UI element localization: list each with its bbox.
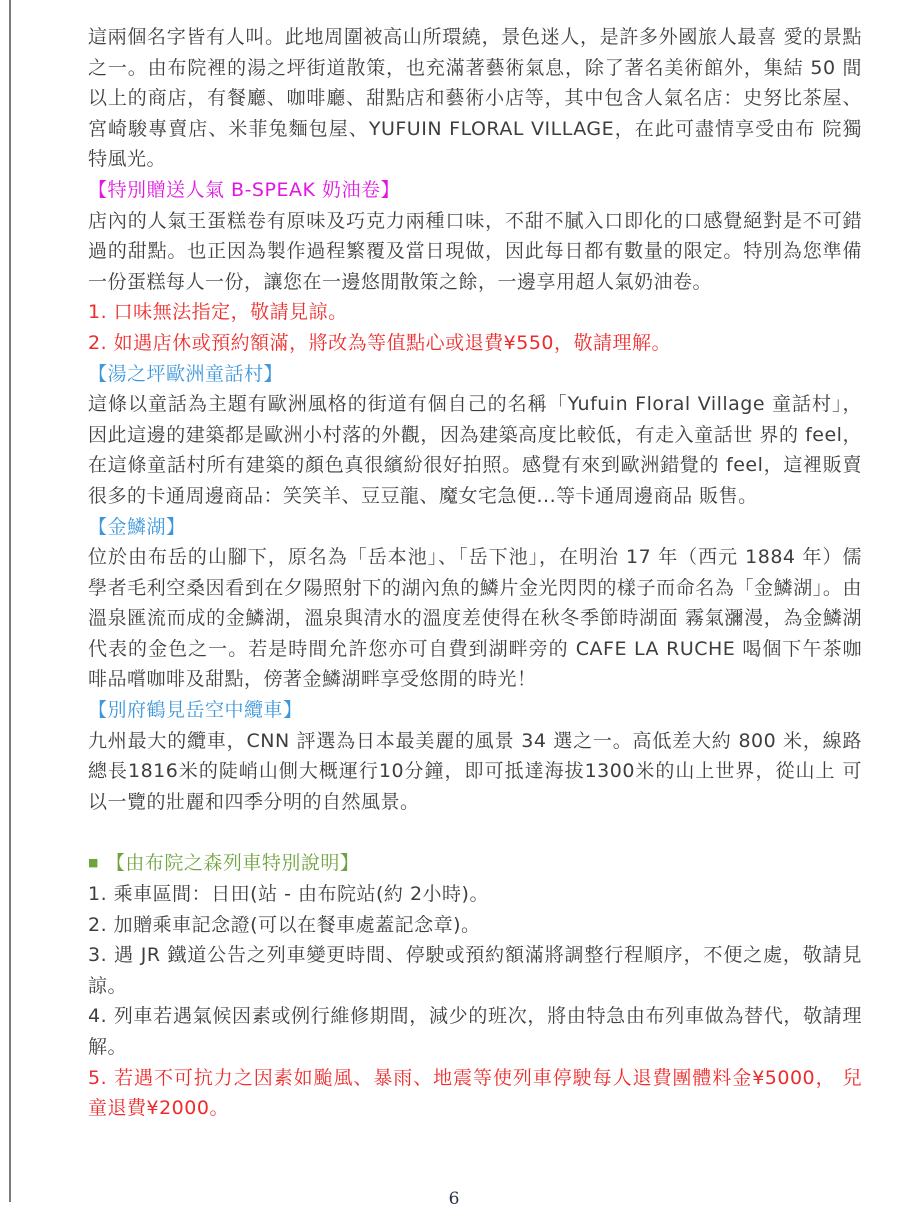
section-heading-ropeway: 【別府鶴見岳空中纜車】 xyxy=(88,695,862,726)
paragraph-kinrin-lake: 位於由布岳的山腳下，原名為「岳本池」、「岳下池」，在明治 17 年（西元 188… xyxy=(88,542,862,695)
paragraph-intro: 這兩個名字皆有人叫。此地周圍被高山所環繞，景色迷人，是許多外國旅人最喜 愛的景點… xyxy=(88,22,862,175)
section-gap xyxy=(88,817,862,848)
train-note-item-1: 1. 乘車區間：日田(站 - 由布院站(約 2小時)。 xyxy=(88,879,862,910)
square-bullet-icon: ■ xyxy=(88,848,99,879)
section-heading-train-notice: ■【由布院之森列車特別說明】 xyxy=(88,848,862,879)
train-note-item-5-refund: 5. 若遇不可抗力之因素如颱風、暴雨、地震等使列車停駛每人退費團體料金¥5000… xyxy=(88,1063,862,1124)
paragraph-ropeway: 九州最大的纜車，CNN 評選為日本最美麗的風景 34 選之一。高低差大約 800… xyxy=(88,726,862,818)
paragraph-fairytale-village: 這條以童話為主題有歐洲風格的街道有個自己的名稱「Yufuin Floral Vi… xyxy=(88,389,862,511)
page-number: 6 xyxy=(0,1184,908,1214)
section-heading-bspeak-gift: 【特別贈送人氣 B-SPEAK 奶油卷】 xyxy=(88,175,862,206)
page-left-border xyxy=(9,0,11,1202)
note-flavor: 1. 口味無法指定，敬請見諒。 xyxy=(88,297,862,328)
paragraph-bspeak-gift: 店內的人氣王蛋糕卷有原味及巧克力兩種口味，不甜不膩入口即化的口感覺絕對是不可錯過… xyxy=(88,206,862,298)
section-heading-kinrin-lake: 【金鱗湖】 xyxy=(88,512,862,543)
section-heading-train-notice-label: 【由布院之森列車特別說明】 xyxy=(106,852,360,874)
train-note-item-4: 4. 列車若遇氣候因素或例行維修期間，減少的班次，將由特急由布列車做為替代，敬請… xyxy=(88,1001,862,1062)
document-page: 這兩個名字皆有人叫。此地周圍被高山所環繞，景色迷人，是許多外國旅人最喜 愛的景點… xyxy=(0,0,908,1226)
train-note-item-2: 2. 加贈乘車記念證(可以在餐車處蓋記念章)。 xyxy=(88,910,862,941)
train-note-item-3: 3. 遇 JR 鐵道公告之列車變更時間、停駛或預約額滿將調整行程順序，不便之處，… xyxy=(88,940,862,1001)
section-heading-fairytale-village: 【湯之坪歐洲童話村】 xyxy=(88,359,862,390)
note-refund-550: 2. 如遇店休或預約額滿，將改為等值點心或退費¥550，敬請理解。 xyxy=(88,328,862,359)
document-content: 這兩個名字皆有人叫。此地周圍被高山所環繞，景色迷人，是許多外國旅人最喜 愛的景點… xyxy=(88,22,862,1124)
